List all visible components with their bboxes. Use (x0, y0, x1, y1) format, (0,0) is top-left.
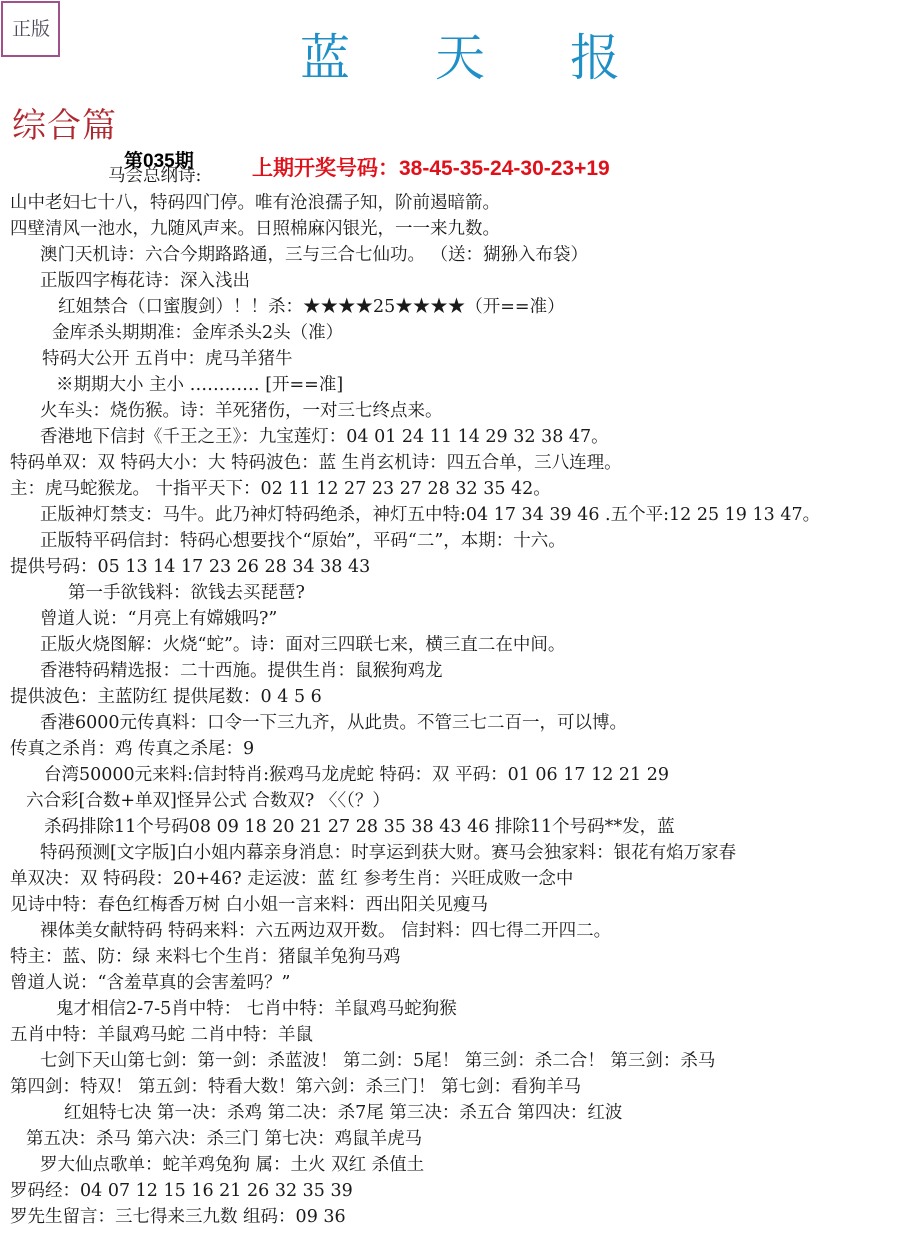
content-line: 特主：蓝、防：绿 来料七个生肖：猪鼠羊兔狗马鸡 (10, 946, 401, 968)
content-line: 台湾50000元来料:信封特肖:猴鸡马龙虎蛇 特码：双 平码：01 06 17 … (44, 764, 669, 786)
content-line: 裸体美女献特码 特码来料：六五两边双开数。 信封料：四七得二开四二。 (40, 920, 611, 942)
badge-left-char: 正 (12, 14, 31, 41)
content-line: 特码预测[文字版]白小姐内幕亲身消息：时享运到获大财。赛马会独家料：银花有焰万家… (40, 842, 736, 864)
section-title: 综合篇 (12, 98, 117, 147)
content-line: 罗先生留言：三七得来三九数 组码：09 36 (10, 1206, 346, 1228)
masthead-title: 蓝 天 报 (300, 22, 620, 86)
content-line: 香港特码精选报：二十西施。提供生肖：鼠猴狗鸡龙 (40, 660, 443, 682)
content-line: 正版神灯禁支：马牛。此乃神灯特码绝杀，神灯五中特:04 17 34 39 46 … (40, 504, 820, 526)
content-line: 火车头：烧伤猴。诗：羊死猪伤，一对三七终点来。 (40, 400, 443, 422)
last-draw-numbers: 38-45-35-24-30-23+19 (399, 157, 610, 180)
last-draw-result: 上期开奖号码：38-45-35-24-30-23+19 (252, 152, 610, 182)
content-line: 罗码经：04 07 12 15 16 21 26 32 35 39 (10, 1180, 353, 1202)
content-line: 香港6000元传真料：口令一下三九齐，从此贵。不管三七二百一，可以博。 (40, 712, 627, 734)
masthead-char-1: 蓝 (300, 18, 350, 90)
content-line: 提供波色：主蓝防红 提供尾数：0 4 5 6 (10, 686, 322, 708)
last-draw-label: 上期开奖号码： (252, 157, 399, 180)
content-line: 曾道人说：“月亮上有嫦娥吗?” (40, 608, 277, 630)
masthead-char-3: 报 (570, 18, 620, 90)
content-line: 五肖中特：羊鼠鸡马蛇 二肖中特：羊鼠 (10, 1024, 313, 1046)
content-line: 特码单双：双 特码大小：大 特码波色：蓝 生肖玄机诗：四五合单，三八连理。 (10, 452, 622, 474)
content-line: 单双决：双 特码段：20+46? 走运波：蓝 红 参考生肖：兴旺成败一念中 (10, 868, 573, 890)
content-line: 澳门天机诗：六合今期路路通，三与三合七仙功。 （送：猢狲入布袋） (40, 244, 588, 266)
content-line: 第一手欲钱料：欲钱去买琵琶? (68, 582, 305, 604)
content-line: 传真之杀肖：鸡 传真之杀尾：9 (10, 738, 254, 760)
content-line: 第五决：杀马 第六决：杀三门 第七决：鸡鼠羊虎马 (26, 1128, 422, 1150)
content-line: 鬼才相信2-7-5肖中特： 七肖中特：羊鼠鸡马蛇狗猴 (56, 998, 457, 1020)
content-line: 特码大公开 五肖中：虎马羊猪牛 (42, 348, 293, 370)
content-line: 六合彩[合数+单双]怪异公式 合数双? 〈〈（？） (26, 790, 390, 812)
content-line: 红姐禁合（口蜜腹剑）！！杀：★★★★25★★★★（开==准） (58, 296, 565, 318)
content-line: ※期期大小 主小 ………… [开==准] (56, 374, 343, 396)
content-line: 正版四字梅花诗：深入浅出 (40, 270, 250, 292)
content-line: 七剑下天山第七剑：第一剑：杀蓝波！ 第二剑：5尾！ 第三剑：杀二合！ 第三剑：杀… (40, 1050, 715, 1072)
content-line: 主：虎马蛇猴龙。 十指平天下：02 11 12 27 23 27 28 32 3… (10, 478, 551, 500)
content-line: 提供号码：05 13 14 17 23 26 28 34 38 43 (10, 556, 370, 578)
content-line: 杀码排除11个号码08 09 18 20 21 27 28 35 38 43 4… (44, 816, 675, 838)
content-line: 正版火烧图解：火烧“蛇”。诗：面对三四联七来，横三直二在中间。 (40, 634, 565, 656)
content-line: 马会总纲诗: (108, 165, 201, 187)
content-line: 山中老妇七十八，特码四门停。唯有沧浪孺子知，阶前遏暗箭。 (10, 192, 500, 214)
badge-right-char: 版 (31, 14, 50, 41)
content-line: 香港地下信封《千王之王》：九宝莲灯：04 01 24 11 14 29 32 3… (40, 426, 609, 448)
content-line: 金库杀头期期准：金库杀头2头（准） (52, 322, 343, 344)
content-line: 见诗中特：春色红梅香万树 白小姐一言来料：西出阳关见瘦马 (10, 894, 488, 916)
content-line: 第四剑：特双！ 第五剑：特看大数！第六剑：杀三门！ 第七剑：看狗羊马 (10, 1076, 581, 1098)
content-line: 罗大仙点歌单：蛇羊鸡兔狗 属：土火 双红 杀值土 (40, 1154, 424, 1176)
content-line: 四壁清风一池水，九随风声来。日照棉麻闪银光，一一来九数。 (10, 218, 500, 240)
content-line: 曾道人说：“含羞草真的会害羞吗？” (10, 972, 290, 994)
content-line: 正版特平码信封：特码心想要找个“原始”，平码“二”，本期：十六。 (40, 530, 566, 552)
authentic-edition-badge: 正 版 (1, 1, 60, 57)
masthead-char-2: 天 (435, 18, 485, 90)
content-line: 红姐特七决 第一决：杀鸡 第二决：杀7尾 第三决：杀五合 第四决：红波 (64, 1102, 622, 1124)
